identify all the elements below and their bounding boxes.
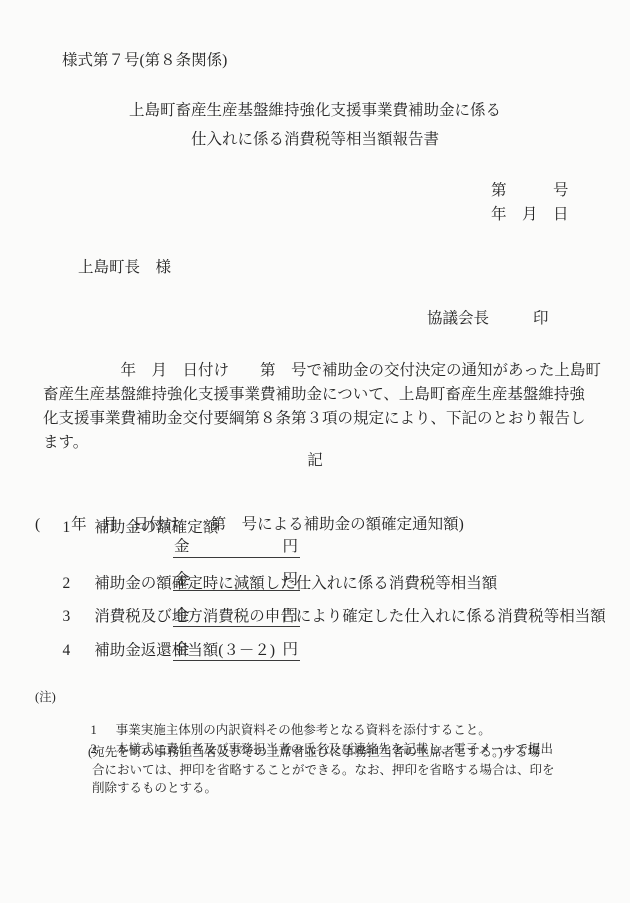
recipient-line: 上島町長 様 <box>78 259 171 277</box>
notes-label: (注) <box>35 690 56 705</box>
body-paragraph: 年 月 日付け 第 号で補助金の交付決定の通知があった上島町 畜産生産基盤維持強… <box>43 359 591 455</box>
document-date-line: 年 月 日 <box>491 206 569 224</box>
body-line: 年 月 日付け 第 号で補助金の交付決定の通知があった上島町 <box>43 359 591 383</box>
amount-line-4: 金 円 <box>173 637 300 661</box>
signer-title: 協議会長 <box>427 310 489 328</box>
item-number: 4 <box>63 642 71 660</box>
report-form-page: 様式第７号(第８条関係) 上島町畜産生産基盤維持強化支援事業費補助金に係る 仕入… <box>0 0 630 903</box>
body-line: 化支援事業費補助金交付要綱第８条第３項の規定により、下記のとおり報告し <box>43 407 591 431</box>
note-2-line-2: (宛先を町の事務担当者及びその上席者並びに事務担当者の上席者とする。)する場 <box>88 745 540 760</box>
seal-mark: 印 <box>533 310 549 328</box>
note-2-line-3: 合においては、押印を省略することができる。なお、押印を省略する場合は、印を <box>92 763 555 778</box>
note-2-line-4: 削除するものとする。 <box>92 781 217 796</box>
form-style-label: 様式第７号(第８条関係) <box>62 52 227 70</box>
document-title-line1: 上島町畜産生産基盤維持強化支援事業費補助金に係る <box>0 102 630 120</box>
amount-underline-field: 金 円 <box>173 637 300 661</box>
document-title-line2: 仕入れに係る消費税等相当額報告書 <box>0 131 630 149</box>
document-number-line: 第 号 <box>491 182 569 200</box>
item-1-subline: ( 年 月 日付け 第 号による補助金の額確定通知額) <box>35 516 464 534</box>
body-line: 畜産生産基盤維持強化支援事業費補助金について、上島町畜産生産基盤維持強 <box>43 383 591 407</box>
record-marker: 記 <box>0 452 630 470</box>
